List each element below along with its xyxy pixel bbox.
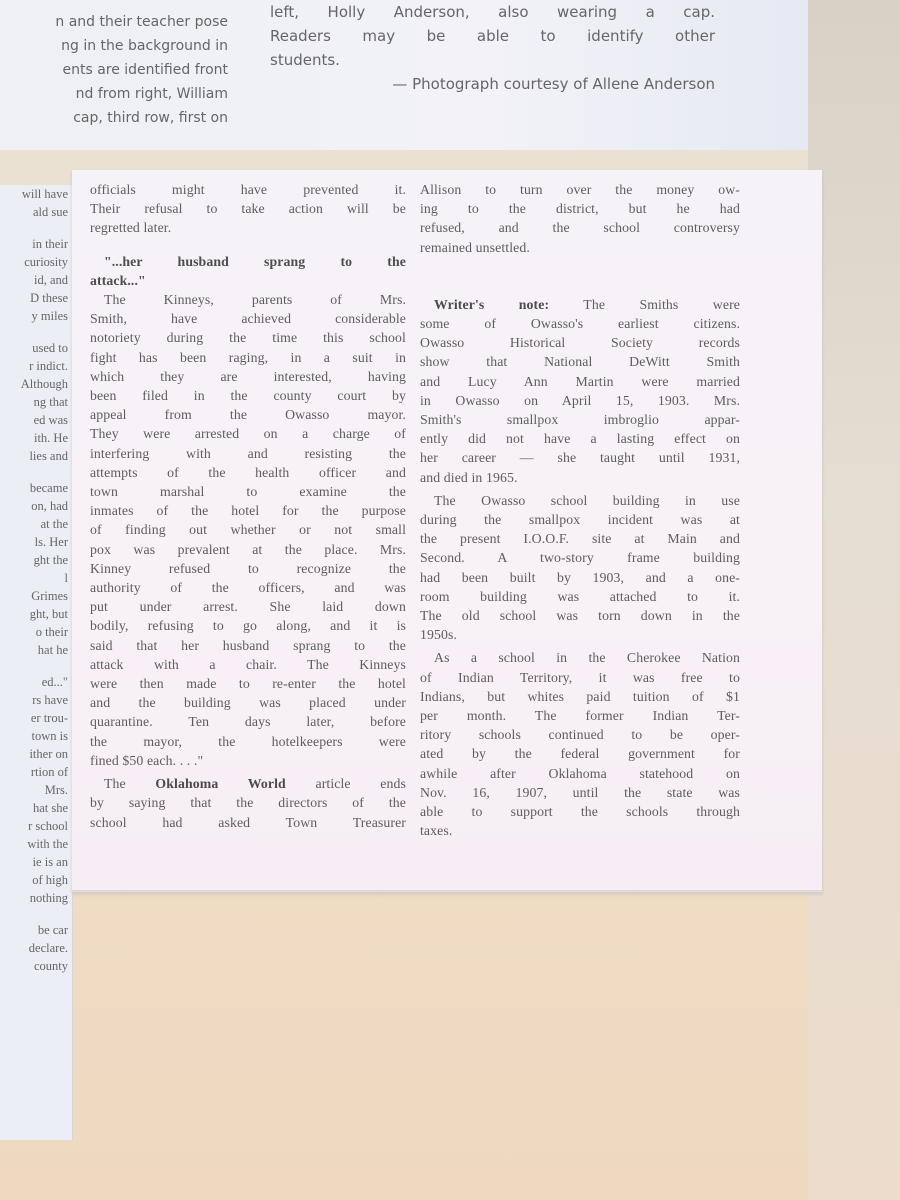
writers-note-paragraph: Writer's note: The Smiths weresome of Ow… <box>420 295 740 487</box>
text-line: and Lucy Ann Martin were married <box>420 372 740 391</box>
strip-line: lies and <box>0 447 72 465</box>
strip-line: used to <box>0 339 72 357</box>
strip-line: on, had <box>0 497 72 515</box>
text-line: by saying that the directors of the <box>90 793 406 812</box>
continuation-paragraph: Allison to turn over the money ow-ing to… <box>420 180 740 257</box>
text-line: The Kinneys, parents of Mrs. <box>90 290 406 309</box>
strip-line: ed was <box>0 411 72 429</box>
strip-line: er trou- <box>0 709 72 727</box>
text-line: notoriety during the time this school <box>90 328 406 347</box>
text-line: had been built by 1903, and a one- <box>420 568 740 587</box>
text-line: her career — she taught until 1931, <box>420 448 740 467</box>
text-line: Indians, but whites paid tuition of $1 <box>420 687 740 706</box>
text-line: able to support the schools through <box>420 802 740 821</box>
text-line: appeal from the Owasso mayor. <box>90 405 406 424</box>
text-line: quarantine. Ten days later, before <box>90 712 406 731</box>
strip-line: ls. Her <box>0 533 72 551</box>
strip-line: declare. <box>0 939 72 957</box>
text-line: attempts of the health officer and <box>90 463 406 482</box>
kinney-paragraph: The Kinneys, parents of Mrs.Smith, have … <box>90 290 406 770</box>
text-line: put under arrest. She laid down <box>90 597 406 616</box>
text-segment: in Owasso on April 15, 1903. Mrs. <box>420 393 740 408</box>
caption-line: students. <box>270 48 715 72</box>
text-segment: Owasso Historical Society records <box>420 335 740 350</box>
caption-line: n and their teacher pose <box>0 10 228 34</box>
text-line: ated by the federal government for <box>420 744 740 763</box>
text-line: They were arrested on a charge of <box>90 424 406 443</box>
writers-note-label: Writer's note: <box>434 297 549 312</box>
strip-line: in their <box>0 235 72 253</box>
text-line: been filed in the county court by <box>90 386 406 405</box>
strip-line: y miles <box>0 307 72 325</box>
strip-line: ght the <box>0 551 72 569</box>
text-segment: by saying that the directors of the <box>90 795 406 810</box>
caption-line: cap, third row, first on <box>0 106 228 130</box>
strip-line: ed..." <box>0 673 72 691</box>
text-line: were then made to re-enter the hotel <box>90 674 406 693</box>
text-line: Owasso Historical Society records <box>420 333 740 352</box>
strip-line: ng that <box>0 393 72 411</box>
strip-line: with the <box>0 835 72 853</box>
article-subhead: "...her husband sprang to theattack..." <box>90 252 406 290</box>
text-line: remained unsettled. <box>420 238 740 257</box>
text-line: interfering with and resisting the <box>90 444 406 463</box>
caption-line: left, Holly Anderson, also wearing a cap… <box>270 0 715 24</box>
caption-line: Readers may be able to identify other <box>270 24 715 48</box>
school-building-paragraph: The Owasso school building in useduring … <box>420 491 740 645</box>
strip-line: county <box>0 957 72 975</box>
clipping-bottom-edge <box>72 890 822 896</box>
text-line: Their refusal to take action will be <box>90 199 406 218</box>
text-line: show that National DeWitt Smith <box>420 352 740 371</box>
strip-line: ald sue <box>0 203 72 221</box>
caption-line: ents are identified front <box>0 58 228 82</box>
text-line: Second. A two-story frame building <box>420 548 740 567</box>
text-line: the mayor, the hotelkeepers were <box>90 732 406 751</box>
text-line: Smith's smallpox imbroglio appar- <box>420 410 740 429</box>
strip-line: ie is an <box>0 853 72 871</box>
oklahoma-world-paragraph: The Oklahoma World article endsby saying… <box>90 774 406 832</box>
strip-line: be car <box>0 921 72 939</box>
text-line: said that her husband sprang to the <box>90 636 406 655</box>
text-line: Allison to turn over the money ow- <box>420 180 740 199</box>
text-line: "...her husband sprang to the <box>90 252 406 271</box>
text-segment: Smith's smallpox imbroglio appar- <box>420 412 740 427</box>
text-line: As a school in the Cherokee Nation <box>420 648 740 667</box>
text-segment: article ends <box>286 776 406 791</box>
text-line: attack with a chair. The Kinneys <box>90 655 406 674</box>
photo-credit: — Photograph courtesy of Allene Anderson <box>270 72 715 96</box>
text-line: The Owasso school building in use <box>420 491 740 510</box>
text-line: pox was prevalent at the place. Mrs. <box>90 540 406 559</box>
text-line: regretted later. <box>90 218 406 237</box>
text-line: officials might have prevented it. <box>90 180 406 199</box>
text-line: 1950s. <box>420 625 740 644</box>
text-line: ing to the district, but he had <box>420 199 740 218</box>
text-line: refused, and the school controversy <box>420 218 740 237</box>
text-line: the present I.O.O.F. site at Main and <box>420 529 740 548</box>
text-line: in Owasso on April 15, 1903. Mrs. <box>420 391 740 410</box>
text-line: during the smallpox incident was at <box>420 510 740 529</box>
text-line: ritory schools continued to be oper- <box>420 725 740 744</box>
text-line: The old school was torn down in the <box>420 606 740 625</box>
text-line: fined $50 each. . . ." <box>90 751 406 770</box>
strip-line: rs have <box>0 691 72 709</box>
intro-paragraph: officials might have prevented it.Their … <box>90 180 406 238</box>
text-segment: some of Owasso's earliest citizens. <box>420 316 740 331</box>
strip-line: r indict. <box>0 357 72 375</box>
caption-left-column: n and their teacher poseng in the backgr… <box>0 10 228 130</box>
text-line: some of Owasso's earliest citizens. <box>420 314 740 333</box>
text-line: Writer's note: The Smiths were <box>420 295 740 314</box>
strip-line: nothing <box>0 889 72 907</box>
strip-line: ght, but <box>0 605 72 623</box>
text-line: town marshal to examine the <box>90 482 406 501</box>
caption-line: nd from right, William <box>0 82 228 106</box>
text-line: taxes. <box>420 821 740 840</box>
text-line: Smith, have achieved considerable <box>90 309 406 328</box>
text-line: bodily, refusing to go along, and it is <box>90 616 406 635</box>
text-segment: ently did not have a lasting effect on <box>420 431 740 446</box>
text-line: ently did not have a lasting effect on <box>420 429 740 448</box>
strip-line: will have <box>0 185 72 203</box>
strip-line: hat she <box>0 799 72 817</box>
strip-line: became <box>0 479 72 497</box>
text-segment: show that National DeWitt Smith <box>420 354 740 369</box>
strip-line: o their <box>0 623 72 641</box>
strip-line: curiosity <box>0 253 72 271</box>
text-segment: and Lucy Ann Martin were married <box>420 374 740 389</box>
text-line: and the building was placed under <box>90 693 406 712</box>
newspaper-name: Oklahoma World <box>155 776 285 791</box>
text-line: of Indian Territory, it was free to <box>420 668 740 687</box>
strip-line: ither on <box>0 745 72 763</box>
strip-line: D these <box>0 289 72 307</box>
text-line: Nov. 16, 1907, until the state was <box>420 783 740 802</box>
caption-line: ng in the background in <box>0 34 228 58</box>
article-column-2: Allison to turn over the money ow-ing to… <box>420 180 740 841</box>
text-line: authority of the officers, and was <box>90 578 406 597</box>
strip-line: rtion of <box>0 763 72 781</box>
strip-line: r school <box>0 817 72 835</box>
text-line: and died in 1965. <box>420 468 740 487</box>
caption-right-column: left, Holly Anderson, also wearing a cap… <box>270 0 715 96</box>
strip-line: of high <box>0 871 72 889</box>
cherokee-nation-paragraph: As a school in the Cherokee Nationof Ind… <box>420 648 740 840</box>
text-line: Kinney refused to recognize the <box>90 559 406 578</box>
text-line: awhile after Oklahoma statehood on <box>420 764 740 783</box>
strip-line: id, and <box>0 271 72 289</box>
photo-caption-clipping: n and their teacher poseng in the backgr… <box>0 0 815 150</box>
text-line: room building was attached to it. <box>420 587 740 606</box>
strip-line: l <box>0 569 72 587</box>
text-line: per month. The former Indian Ter- <box>420 706 740 725</box>
strip-line: Mrs. <box>0 781 72 799</box>
strip-line: Grimes <box>0 587 72 605</box>
text-segment: The <box>104 776 155 791</box>
text-segment: school had asked Town Treasurer <box>90 815 406 830</box>
text-line: which they are interested, having <box>90 367 406 386</box>
strip-line: ith. He <box>0 429 72 447</box>
strip-line: at the <box>0 515 72 533</box>
adjacent-column-clipping: will haveald suein theircuriosityid, and… <box>0 185 73 1140</box>
article-clipping: officials might have prevented it.Their … <box>72 170 822 892</box>
text-line: inmates of the hotel for the purpose <box>90 501 406 520</box>
text-line: The Oklahoma World article ends <box>90 774 406 793</box>
text-line: school had asked Town Treasurer <box>90 813 406 832</box>
text-segment: and died in 1965. <box>420 470 518 485</box>
text-line: fight has been raging, in a suit in <box>90 348 406 367</box>
strip-line: hat he <box>0 641 72 659</box>
text-line: attack..." <box>90 271 406 290</box>
text-segment: The Smiths were <box>549 297 740 312</box>
strip-line: Although <box>0 375 72 393</box>
text-segment: her career — she taught until 1931, <box>420 450 740 465</box>
strip-line: town is <box>0 727 72 745</box>
article-column-1: officials might have prevented it.Their … <box>90 180 406 832</box>
text-line: of finding out whether or not small <box>90 520 406 539</box>
